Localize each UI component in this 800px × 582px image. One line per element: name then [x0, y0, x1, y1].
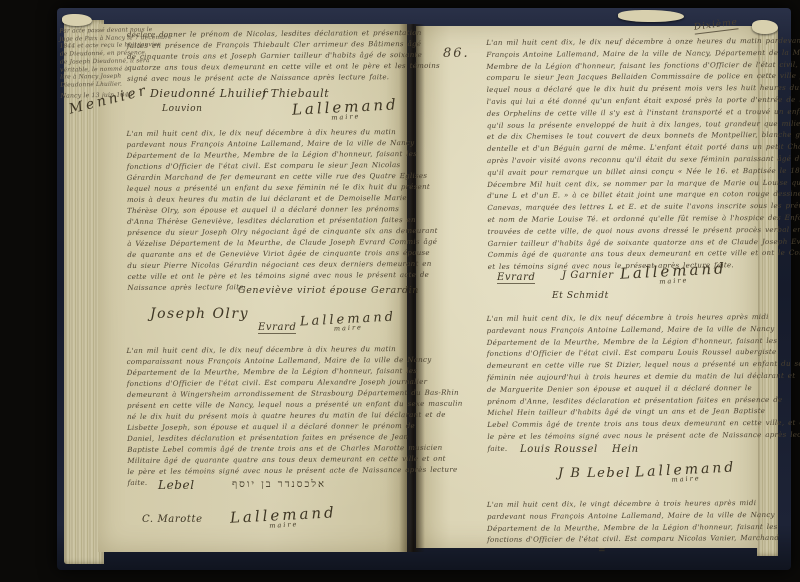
act-vanier-text: L'an mil huit cent dix, le vingt décembr…: [487, 497, 759, 546]
signature-evrard-2: Evrard: [497, 272, 535, 284]
act-daniel-text: L'an mil huit cent dix, le dix neuf déce…: [127, 343, 408, 488]
signature-louis-roussel: Louis Roussel: [520, 444, 598, 455]
scanned-register-photo: Par acte passé devant nous lejuge de Pai…: [0, 0, 800, 582]
signature-genevieve-viriot: Geneviève viriot épouse Gerardin: [238, 285, 419, 296]
manuscript-line: signé avec nous le présent acte de Naiss…: [127, 71, 407, 84]
signature-lebel-2: J B Lebel: [558, 466, 631, 481]
signature-hein: Hein: [612, 444, 639, 455]
act-nicolas-text: déclare donner le prénom de Nicolas, les…: [127, 27, 407, 84]
manuscript-line: cette ville et ont le père et les témoin…: [127, 269, 407, 282]
act-anne-text: L'an mil huit cent dix, le dix neuf déce…: [487, 311, 760, 454]
act-foundling-text: L'an mil huit cent dix, le dix neuf déce…: [486, 35, 760, 273]
manuscript-line: le père et les témoins signé avec nous l…: [127, 464, 407, 477]
signature-lebel-1: Lebel: [158, 478, 195, 492]
signature-dieudonne-lhuilier: Dieudonné Lhuilier: [150, 87, 268, 100]
manuscript-line: le père et les témoins signé avec nous l…: [487, 429, 759, 443]
signature-thiebault: f Thiebault: [262, 87, 329, 100]
torn-paper-fragment: [618, 10, 684, 22]
torn-paper-fragment: [62, 14, 92, 26]
signature-garnier: J Garnier: [562, 270, 614, 281]
signature-louvion: Louvion: [162, 104, 203, 114]
act-anna-text: L'an mil huit cent dix, le dix neuf déce…: [126, 126, 407, 293]
manuscript-line: fonctions d'Officier de l'état civil. Es…: [487, 532, 759, 546]
signature-marotte: C. Marotte: [142, 514, 203, 525]
end-of-page-mark: =: [598, 546, 608, 556]
signature-joseph-olry: Joseph Olry: [150, 306, 249, 322]
signature-hebrew-script: אלכסנדר בן יוסף: [232, 479, 326, 490]
signature-evrard-1: Evrard: [258, 322, 296, 334]
page-number: 86.: [443, 46, 470, 61]
signature-schmidt: Et Schmidt: [552, 291, 609, 301]
torn-paper-fragment: [752, 20, 778, 34]
